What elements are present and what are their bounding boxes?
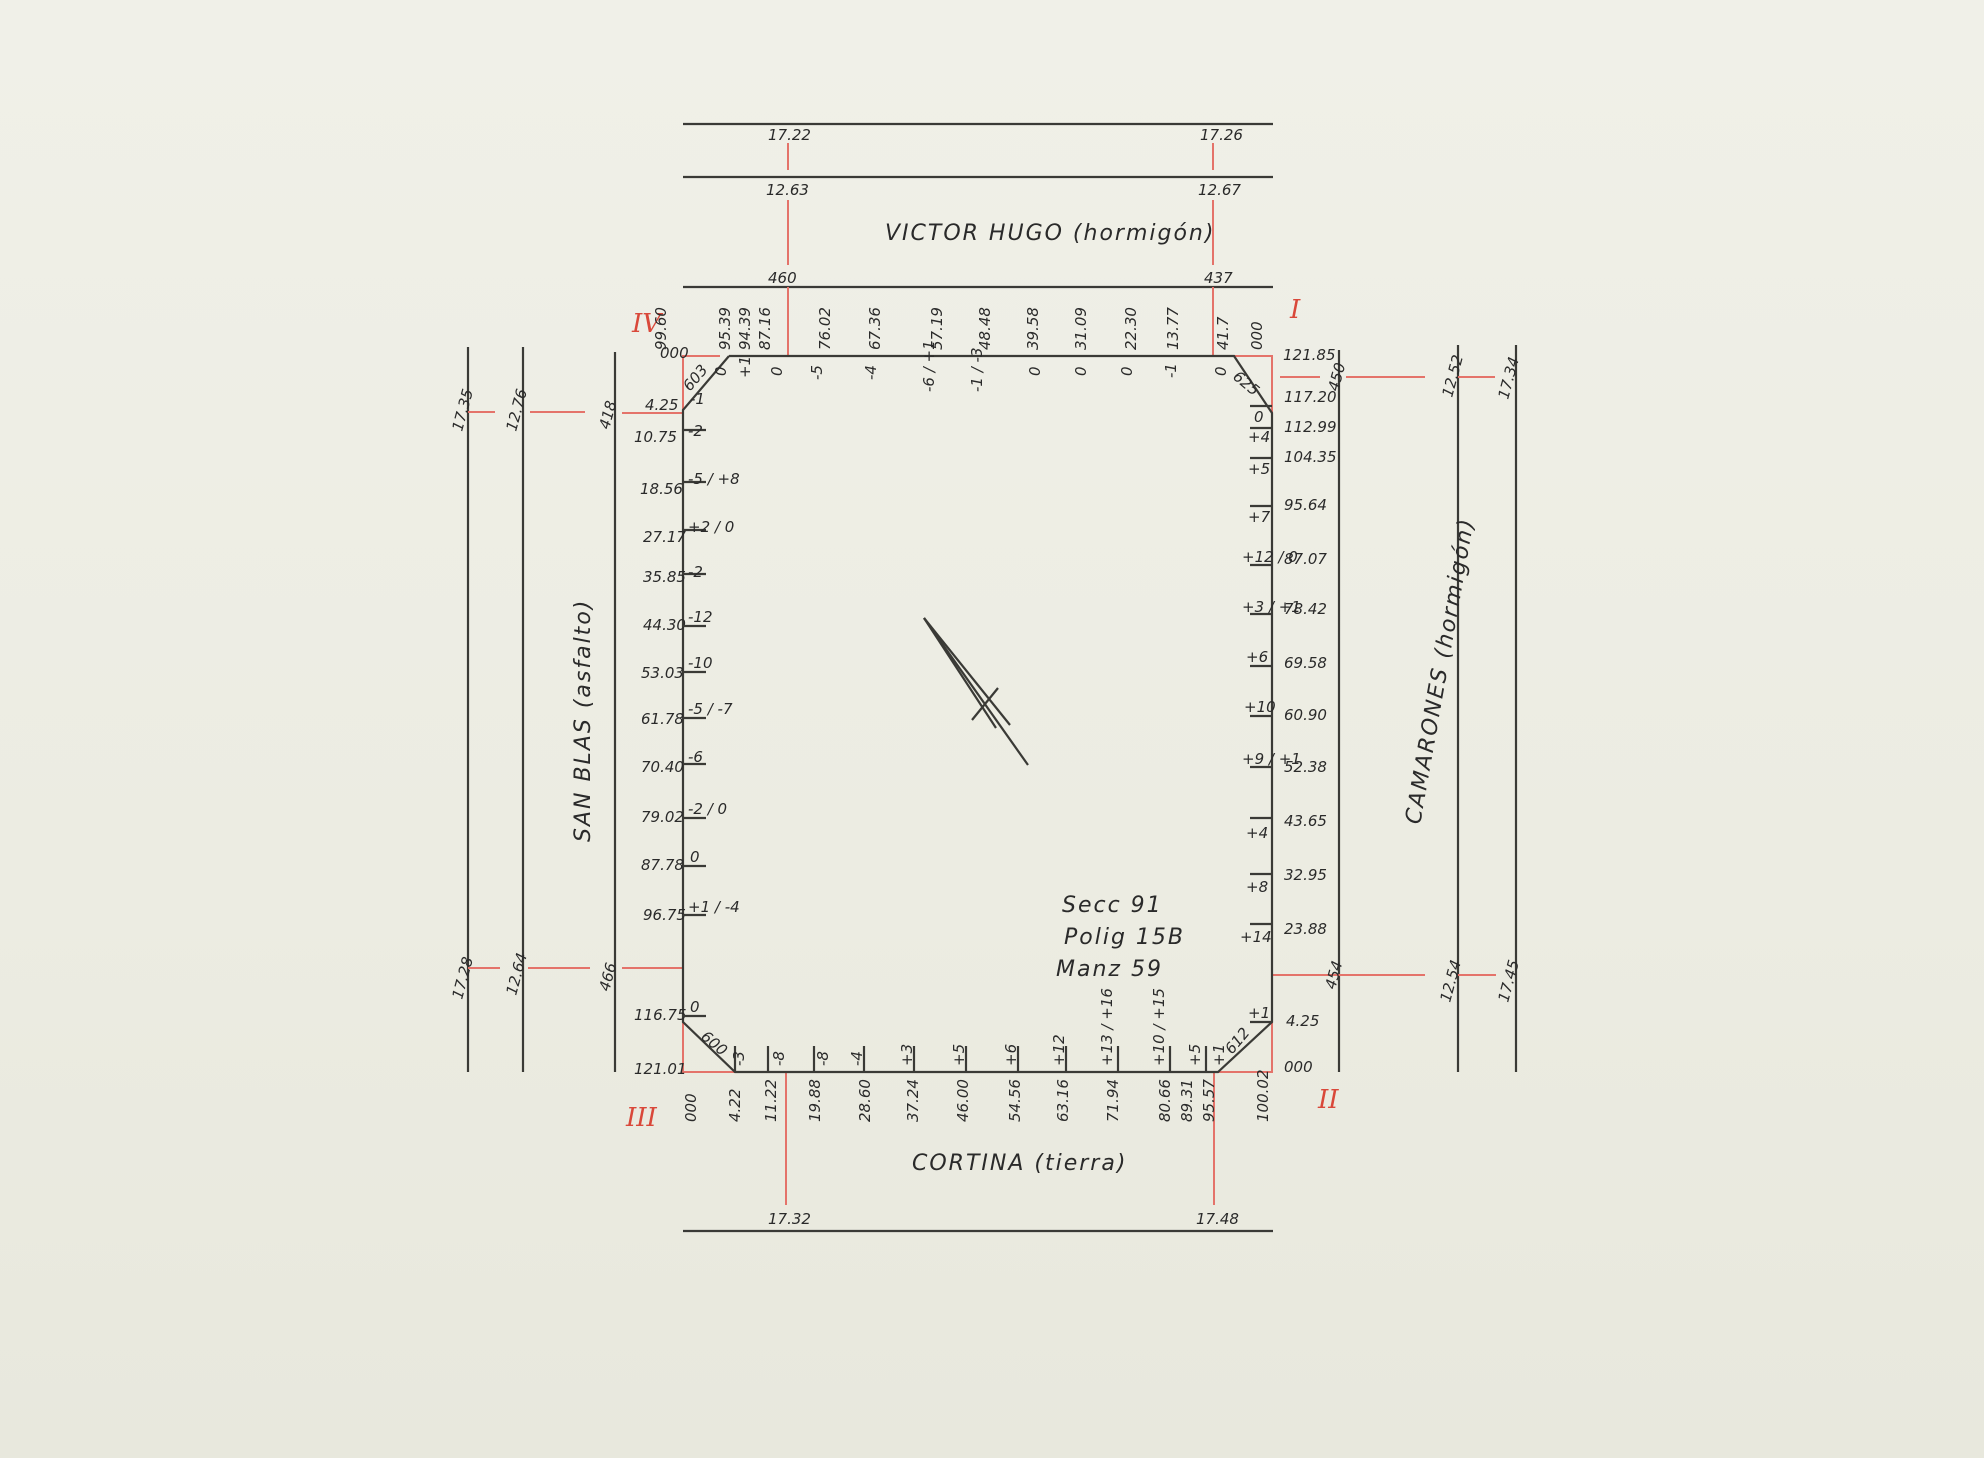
street-name-right: CAMARONES (hormigón) [1401,516,1480,827]
right-sidewalk-2: 454 [1321,959,1346,991]
level: +12 [1050,1034,1068,1066]
level: -5 [808,365,826,380]
station: 41.7 [1214,316,1232,350]
station: 117.20 [1284,388,1337,406]
station: 000 [1284,1058,1313,1076]
corner-label-ii: II [1317,1085,1339,1115]
level: -6 / +1 [920,340,938,392]
right-outer-width-1: 17.34 [1494,355,1523,401]
level: -5 / +8 [688,470,740,488]
level: -4 [848,1051,866,1066]
level: -8 [814,1051,832,1066]
bottom-edge-levels: -3 -8 -8 -4 +3 +5 +6 +12 +13 / +16 +10 /… [730,988,1228,1066]
level: +4 [1248,428,1270,446]
level: +2 / 0 [688,518,734,536]
station: 95.57 [1200,1079,1218,1122]
right-inner-width-2: 12.54 [1436,958,1465,1004]
station: 11.22 [762,1079,780,1122]
top-outer-width-2: 17.26 [1200,126,1243,144]
level: -4 [862,365,880,380]
level: -2 [688,422,703,440]
station: 104.35 [1284,448,1337,466]
level: -12 [688,608,713,626]
top-edge-levels: 0 +1 0 -5 -4 -6 / +1 -1 / -3 0 0 0 -1 0 [712,340,1230,392]
station: 76.02 [816,307,834,350]
level: +4 [1246,824,1268,842]
block-section: Secc 91 [1062,893,1163,918]
station: 27.17 [643,528,686,546]
station: 37.24 [904,1079,922,1122]
level: +6 [1246,648,1268,666]
level: +5 [950,1044,968,1066]
level: +1 / -4 [688,898,740,916]
station: 70.40 [641,758,684,776]
level: -2 / 0 [688,800,727,818]
station: 61.78 [641,710,684,728]
station: 13.77 [1164,307,1182,350]
station: 87.16 [756,307,774,350]
left-outer-width-2: 17.28 [448,955,477,1001]
level: 0 [690,848,700,866]
block-number: Manz 59 [1056,957,1163,982]
level: +1 [1210,1044,1228,1066]
block-info: Secc 91 Polig 15B Manz 59 [1056,893,1185,982]
level: -3 [730,1051,748,1066]
survey-sheet: 17.22 17.26 12.63 12.67 460 437 VICTOR H… [0,0,1984,1458]
station: 4.25 [645,396,678,414]
corner-label-iii: III [625,1103,658,1133]
station: 000 [1248,321,1266,350]
station: 4.22 [726,1089,744,1122]
station: 43.65 [1284,812,1327,830]
level: +5 [1186,1044,1204,1066]
level: +1 [736,356,754,378]
level: -1 [690,390,705,408]
level: 0 [1026,366,1044,376]
station: 71.94 [1104,1079,1122,1122]
level: +5 [1248,460,1270,478]
level: +14 [1240,928,1272,946]
station: 46.00 [954,1079,972,1122]
street-name-bottom: CORTINA (tierra) [912,1151,1127,1176]
level: +8 [1246,878,1268,896]
chamfer-i: 625 [1229,367,1263,399]
station: 48.48 [976,307,994,350]
level: +6 [1002,1044,1020,1066]
level: 0 [1212,366,1230,376]
level: 0 [768,366,786,376]
left-sidewalk-1: 418 [595,399,620,431]
level: +7 [1248,508,1271,526]
station: 4.25 [1286,1012,1319,1030]
bottom-edge-stations: 000 4.22 11.22 19.88 28.60 37.24 46.00 5… [682,1070,1272,1123]
level: +1 [1248,1004,1270,1022]
left-outer-width-1: 17.35 [448,387,477,433]
right-inner-width-1: 12.52 [1438,353,1467,399]
station: 95.39 [716,307,734,350]
top-corner-value: 99.60 [652,307,670,350]
chamfer-iii: 600 [697,1027,731,1059]
street-name-top: VICTOR HUGO (hormigón) [885,221,1215,246]
top-sidewalk-1: 460 [768,269,797,287]
station: 10.75 [634,428,677,446]
corner-label-i: I [1289,295,1301,325]
station: 63.16 [1054,1079,1072,1122]
station: 87.78 [641,856,684,874]
level: 0 [1118,366,1136,376]
block-survey-drawing: 17.22 17.26 12.63 12.67 460 437 VICTOR H… [0,0,1984,1458]
left-sidewalk-2: 466 [595,961,620,993]
left-inner-width-2: 12.64 [502,951,531,997]
level: 0 [1254,408,1264,426]
station: 23.88 [1284,920,1327,938]
right-outer-width-2: 17.45 [1494,958,1523,1004]
station: 54.56 [1006,1079,1024,1122]
level: 0 [712,366,730,376]
top-inner-width-2: 12.67 [1198,181,1241,199]
top-edge-stations: 000 99.60 95.39 94.39 87.16 76.02 67.36 … [652,307,1266,362]
station: 67.36 [866,307,884,350]
level: -8 [770,1051,788,1066]
station: 116.75 [634,1006,687,1024]
level: +13 / +16 [1098,988,1116,1066]
station: 53.03 [641,664,684,682]
level: -2 [688,563,703,581]
left-edge-stations: 4.25 10.75 18.56 27.17 35.85 44.30 53.03… [634,396,687,1078]
station: 95.64 [1284,496,1327,514]
level: +3 / +1 [1242,598,1301,616]
station: 121.01 [634,1060,687,1078]
level: -10 [688,654,713,672]
station: 32.95 [1284,866,1327,884]
left-inner-width-1: 12.76 [502,387,531,433]
station: 44.30 [643,616,686,634]
station: 39.58 [1024,307,1042,350]
station: 89.31 [1178,1079,1196,1122]
block-polygon: Polig 15B [1064,925,1185,950]
top-sidewalk-2: 437 [1204,269,1233,287]
station: 31.09 [1072,307,1090,350]
level: -5 / -7 [688,700,733,718]
level: -1 / -3 [968,347,986,392]
level: +10 [1244,698,1276,716]
level: 0 [1072,366,1090,376]
top-inner-width-1: 12.63 [766,181,809,199]
station: 121.85 [1283,346,1336,364]
station: 79.02 [641,808,684,826]
level: 0 [690,998,700,1016]
station: 80.66 [1156,1079,1174,1122]
north-arrow-icon [924,618,1028,765]
station: 69.58 [1284,654,1327,672]
bottom-outer-width-1: 17.32 [768,1210,811,1228]
level: +3 [898,1044,916,1066]
station: 100.02 [1254,1070,1272,1123]
station: 22.30 [1122,307,1140,350]
street-name-left: SAN BLAS (asfalto) [571,599,596,842]
station: 28.60 [856,1079,874,1122]
station: 000 [682,1093,700,1122]
station: 96.75 [643,906,686,924]
level: +12 / 0 [1242,548,1298,566]
bottom-edge-tick-marks [735,1046,1206,1072]
station: 18.56 [640,480,683,498]
station: 60.90 [1284,706,1327,724]
station: 35.85 [643,568,686,586]
station: 19.88 [806,1079,824,1122]
station: 94.39 [736,307,754,350]
level: +10 / +15 [1150,988,1168,1066]
station: 112.99 [1284,418,1337,436]
level: -6 [688,748,703,766]
left-edge-levels: -1 -2 -5 / +8 +2 / 0 -2 -12 -10 -5 / -7 … [688,390,740,1016]
bottom-outer-width-2: 17.48 [1196,1210,1239,1228]
level: -1 [1162,363,1180,378]
level: +9 / +1 [1242,750,1301,768]
top-outer-width-1: 17.22 [768,126,811,144]
